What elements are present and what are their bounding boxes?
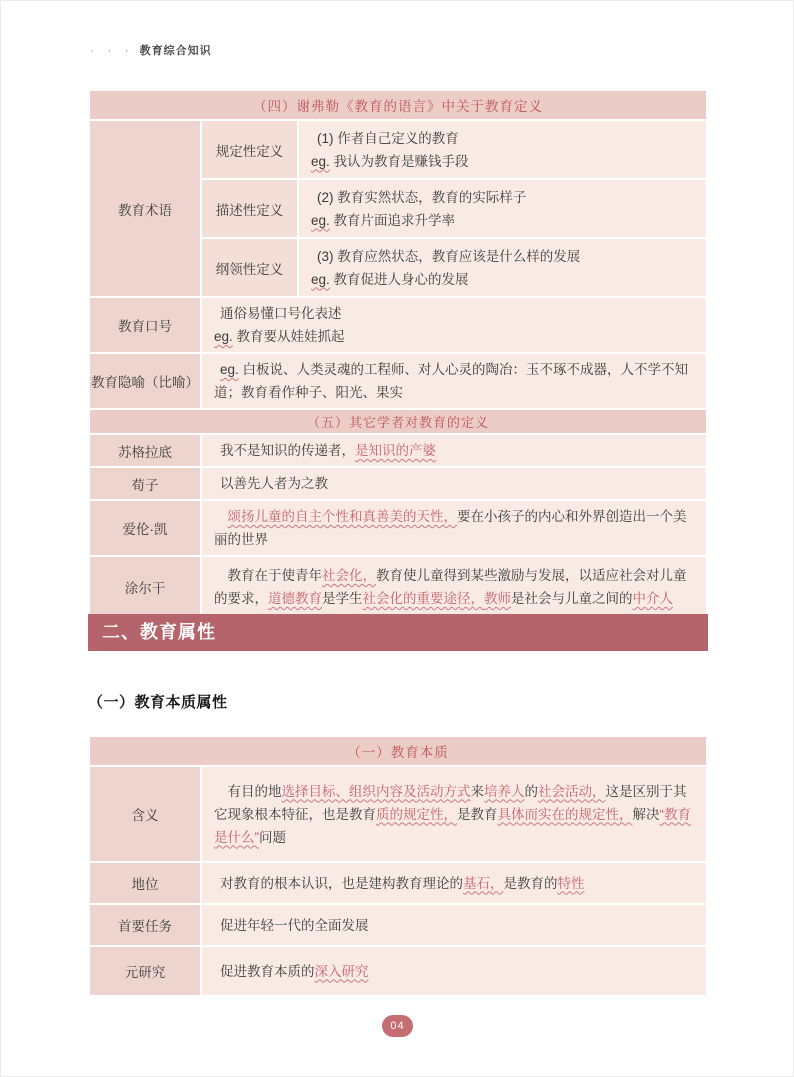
- row-content: 教育在于使青年社会化，教育使儿童得到某些激励与发展，以适应社会对儿童的要求，道德…: [202, 557, 706, 617]
- text-run: 问题: [259, 830, 286, 845]
- text-run: 促进年轻一代的全面发展: [220, 918, 369, 933]
- row-label: 含义: [90, 767, 200, 861]
- text-run: 促进教育本质的: [220, 964, 315, 979]
- content-paragraph: eg. 白板说、人类灵魂的工程师、对人心灵的陶冶：玉不琢不成器，人不学不知道；教…: [214, 358, 694, 404]
- highlighted-text-run: 颂扬儿童的自主个性和真善美的天性，: [228, 509, 458, 524]
- content-paragraph: 颂扬儿童的自主个性和真善美的天性，要在小孩子的内心和外界创造出一个美丽的世界: [214, 505, 694, 551]
- table-row: 元研究 促进教育本质的深入研究: [90, 947, 706, 995]
- highlighted-text-run: 社会化的重要途径，: [363, 591, 485, 606]
- content-paragraph: 我不是知识的传递者，是知识的产婆: [214, 439, 694, 462]
- content-line: eg. 教育促进人身心的发展: [311, 268, 694, 291]
- highlighted-text-run: eg.: [220, 362, 239, 377]
- highlighted-text-run: 道德教育: [268, 591, 322, 606]
- content-line: 通俗易懂口号化表述: [214, 302, 694, 325]
- text-run: 通俗易懂口号化表述: [220, 306, 342, 321]
- content-paragraph: 教育在于使青年社会化，教育使儿童得到某些激励与发展，以适应社会对儿童的要求，道德…: [214, 564, 694, 610]
- highlighted-text-run: eg.: [311, 154, 330, 169]
- content-paragraph: 以善先人者为之教: [214, 472, 694, 495]
- bullet-dots-icon: · · ·: [90, 43, 134, 57]
- row-content: 对教育的根本认识，也是建构教育理论的基石，是教育的特性: [202, 863, 706, 903]
- row-content: 我不是知识的传递者，是知识的产婆: [202, 435, 706, 466]
- content-line: eg. 我认为教育是赚钱手段: [311, 150, 694, 173]
- content-paragraph: 对教育的根本认识，也是建构教育理论的基石，是教育的特性: [214, 872, 694, 895]
- content-line: eg. 教育要从娃娃抓起: [214, 325, 694, 348]
- text-run: 是学生: [322, 591, 363, 606]
- highlighted-text-run: 质的规定性，: [376, 807, 457, 822]
- running-head-title: 教育综合知识: [140, 42, 212, 58]
- text-run: 教育促进人身心的发展: [330, 272, 469, 287]
- table-row: 荀子 以善先人者为之教: [90, 468, 706, 499]
- text-run: 我不是知识的传递者，: [220, 443, 355, 458]
- content-line: (3) 教育应然状态，教育应该是什么样的发展: [311, 245, 694, 268]
- text-run: 以善先人者为之教: [220, 476, 328, 491]
- term-group-label: 教育术语: [90, 121, 200, 296]
- text-run: 是教育的: [504, 876, 558, 891]
- row-label: 地位: [90, 863, 200, 903]
- row-label: 荀子: [90, 468, 200, 499]
- row-label: 教育口号: [90, 298, 200, 352]
- table-row: 教育口号 通俗易懂口号化表述 eg. 教育要从娃娃抓起: [90, 298, 706, 352]
- row-label: 首要任务: [90, 905, 200, 945]
- row-content: (1) 作者自己定义的教育 eg. 我认为教育是赚钱手段: [299, 121, 706, 178]
- text-run: (2) 教育实然状态，教育的实际样子: [317, 190, 526, 205]
- text-run: 我认为教育是赚钱手段: [330, 154, 469, 169]
- text-run: 教育要从娃娃抓起: [233, 329, 345, 344]
- text-run: 有目的地: [228, 784, 282, 799]
- row-content: (2) 教育实然状态，教育的实际样子 eg. 教育片面追求升学率: [299, 180, 706, 237]
- text-run: 解决: [633, 807, 660, 822]
- row-label: 苏格拉底: [90, 435, 200, 466]
- table1-title: （四）谢弗勒《教育的语言》中关于教育定义: [90, 91, 706, 119]
- highlighted-text-run: 社会化，: [322, 568, 376, 583]
- row-label: 规定性定义: [202, 121, 297, 178]
- highlighted-text-run: eg.: [214, 329, 233, 344]
- text-run: 的: [525, 784, 539, 799]
- row-label: 爱伦·凯: [90, 501, 200, 555]
- highlighted-text-run: 社会活动，: [538, 784, 606, 799]
- table-row: 苏格拉底 我不是知识的传递者，是知识的产婆: [90, 435, 706, 466]
- table-row: 含义 有目的地选择目标、组织内容及活动方式来培养人的社会活动，这是区别于其它现象…: [90, 767, 706, 861]
- row-content: 促进年轻一代的全面发展: [202, 905, 706, 945]
- content-paragraph: 促进教育本质的深入研究: [214, 960, 694, 983]
- subsection-title: （一）教育本质属性: [88, 691, 228, 712]
- text-run: 教育片面追求升学率: [330, 213, 455, 228]
- row-content: 有目的地选择目标、组织内容及活动方式来培养人的社会活动，这是区别于其它现象根本特…: [202, 767, 706, 861]
- row-label: 元研究: [90, 947, 200, 995]
- page-number-badge: 04: [382, 1015, 413, 1037]
- table-row: 爱伦·凯 颂扬儿童的自主个性和真善美的天性，要在小孩子的内心和外界创造出一个美丽…: [90, 501, 706, 555]
- text-run: 教育在于使青年: [228, 568, 323, 583]
- row-content: eg. 白板说、人类灵魂的工程师、对人心灵的陶冶：玉不琢不成器，人不学不知道；教…: [202, 354, 706, 408]
- highlighted-text-run: 中介人: [633, 591, 674, 606]
- content-line: (1) 作者自己定义的教育: [311, 127, 694, 150]
- section-banner: 二、教育属性: [88, 614, 708, 651]
- highlighted-text-run: 基石，: [463, 876, 504, 891]
- text-run: 对教育的根本认识，也是建构教育理论的: [220, 876, 463, 891]
- content-paragraph: 促进年轻一代的全面发展: [214, 914, 694, 937]
- content-line: eg. 教育片面追求升学率: [311, 209, 694, 232]
- table2-title: （一）教育本质: [90, 737, 706, 765]
- content-paragraph: 有目的地选择目标、组织内容及活动方式来培养人的社会活动，这是区别于其它现象根本特…: [214, 780, 694, 849]
- table-row: 地位 对教育的根本认识，也是建构教育理论的基石，是教育的特性: [90, 863, 706, 903]
- row-content: 以善先人者为之教: [202, 468, 706, 499]
- highlighted-text-run: eg.: [311, 272, 330, 287]
- row-label: 教育隐喻（比喻）: [90, 354, 200, 408]
- scheffler-definitions-table: （四）谢弗勒《教育的语言》中关于教育定义 教育术语 规定性定义 (1) 作者自己…: [88, 89, 708, 619]
- row-content: 颂扬儿童的自主个性和真善美的天性，要在小孩子的内心和外界创造出一个美丽的世界: [202, 501, 706, 555]
- row-label: 涂尔干: [90, 557, 200, 617]
- text-run: (3) 教育应然状态，教育应该是什么样的发展: [317, 249, 580, 264]
- highlighted-text-run: 教师: [484, 591, 511, 606]
- text-run: 是教育: [457, 807, 498, 822]
- table-row: 首要任务 促进年轻一代的全面发展: [90, 905, 706, 945]
- highlighted-text-run: 是知识的产婆: [355, 443, 436, 458]
- content-line: (2) 教育实然状态，教育的实际样子: [311, 186, 694, 209]
- education-essence-table: （一）教育本质 含义 有目的地选择目标、组织内容及活动方式来培养人的社会活动，这…: [88, 735, 708, 997]
- text-run: (1) 作者自己定义的教育: [317, 131, 459, 146]
- row-label: 纲领性定义: [202, 239, 297, 296]
- document-page: · · · 教育综合知识 （四）谢弗勒《教育的语言》中关于教育定义 教育术语 规…: [0, 0, 794, 1077]
- text-run: 来: [471, 784, 485, 799]
- running-head: · · · 教育综合知识: [90, 42, 212, 58]
- text-run: 白板说、人类灵魂的工程师、对人心灵的陶冶：玉不琢不成器，人不学不知道；教育看作种…: [214, 362, 688, 400]
- highlighted-text-run: 具体而实在的规定性，: [498, 807, 633, 822]
- highlighted-text-run: 选择目标、组织内容及活动方式: [282, 784, 471, 799]
- row-content: (3) 教育应然状态，教育应该是什么样的发展 eg. 教育促进人身心的发展: [299, 239, 706, 296]
- highlighted-text-run: eg.: [311, 213, 330, 228]
- table-row: 涂尔干 教育在于使青年社会化，教育使儿童得到某些激励与发展，以适应社会对儿童的要…: [90, 557, 706, 617]
- highlighted-text-run: 深入研究: [315, 964, 369, 979]
- table-row: 教育术语 规定性定义 (1) 作者自己定义的教育 eg. 我认为教育是赚钱手段: [90, 121, 706, 178]
- highlighted-text-run: 特性: [558, 876, 585, 891]
- table1-section5-title: （五）其它学者对教育的定义: [90, 410, 706, 433]
- highlighted-text-run: 培养人: [484, 784, 525, 799]
- row-content: 通俗易懂口号化表述 eg. 教育要从娃娃抓起: [202, 298, 706, 352]
- row-content: 促进教育本质的深入研究: [202, 947, 706, 995]
- row-label: 描述性定义: [202, 180, 297, 237]
- text-run: 是社会与儿童之间的: [511, 591, 633, 606]
- table-row: 教育隐喻（比喻） eg. 白板说、人类灵魂的工程师、对人心灵的陶冶：玉不琢不成器…: [90, 354, 706, 408]
